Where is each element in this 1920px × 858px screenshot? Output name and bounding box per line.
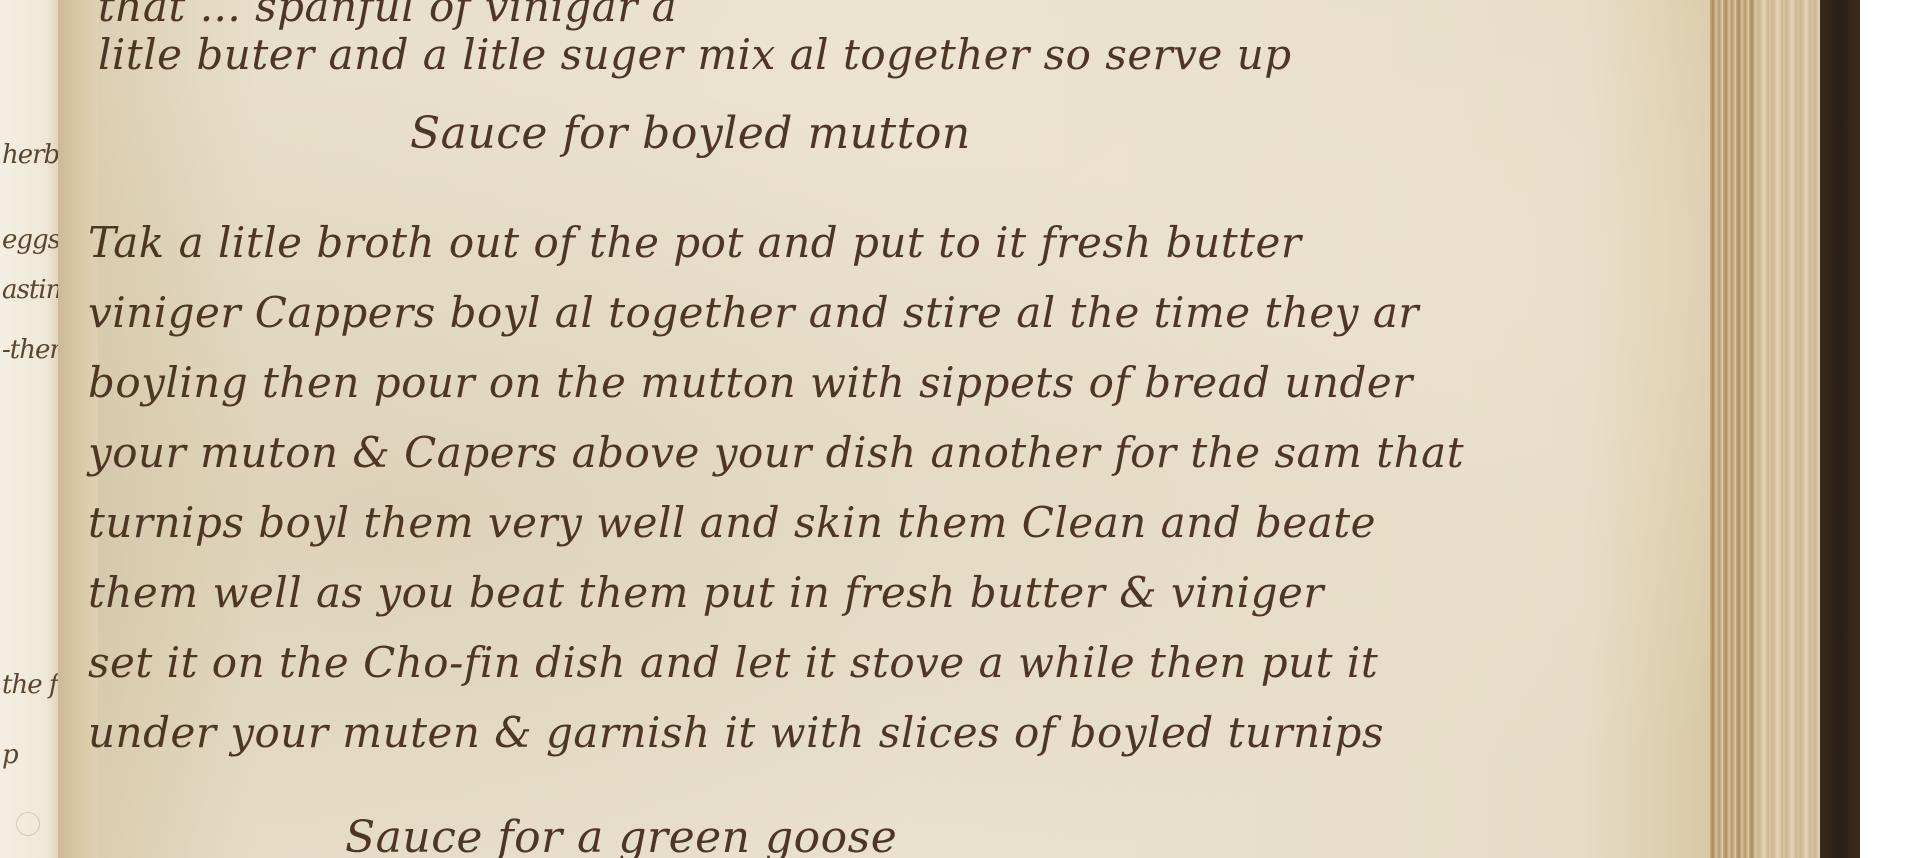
recipe-heading: Sauce for boyled mutton — [410, 108, 971, 159]
recipe-heading: Sauce for a green goose — [345, 812, 897, 858]
text-line: them well as you beat them put in fresh … — [88, 568, 1324, 617]
page-edges — [1710, 0, 1820, 858]
text-line: viniger Cappers boyl al together and sti… — [88, 288, 1419, 337]
margin-fragment: eggs an — [2, 225, 59, 255]
text-line: under your muten & garnish it with slice… — [88, 708, 1384, 757]
library-stamp-icon — [16, 812, 40, 836]
manuscript-page: that ... spanful of vinigar a litle bute… — [98, 0, 1710, 858]
margin-fragment: herbs — [2, 140, 59, 170]
margin-fragment: the fra — [2, 670, 59, 700]
facing-page-edge: herbs eggs an astin -them the fra p — [0, 0, 59, 858]
text-line: your muton & Capers above your dish anot… — [88, 428, 1464, 477]
book-cover-edge — [1820, 0, 1860, 858]
text-line: turnips boyl them very well and skin the… — [88, 498, 1376, 547]
text-line: litle buter and a litle suger mix al tog… — [98, 30, 1292, 79]
text-line: Tak a litle broth out of the pot and put… — [88, 218, 1301, 267]
text-line: set it on the Cho-fin dish and let it st… — [88, 638, 1378, 687]
margin-fragment: p — [2, 740, 18, 770]
margin-fragment: -them — [2, 335, 59, 365]
text-line: that ... spanful of vinigar a — [98, 0, 677, 31]
background — [1860, 0, 1920, 858]
margin-fragment: astin — [2, 275, 59, 305]
text-line: boyling then pour on the mutton with sip… — [88, 358, 1413, 407]
